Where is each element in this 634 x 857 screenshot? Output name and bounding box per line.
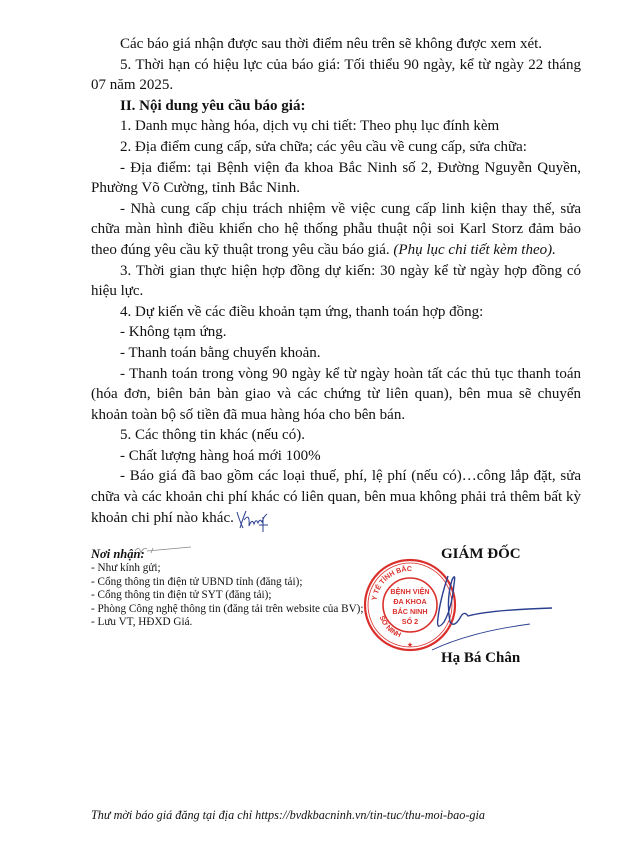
footer-note: Thư mời báo giá đăng tại địa chỉ https:/… [91,808,485,823]
item-4: 4. Dự kiến về các điều khoản tạm ứng, th… [91,302,581,323]
recipient-line: - Như kính gửi; [91,562,391,576]
item-5-a: - Chất lượng hàng hoá mới 100% [91,446,581,467]
item-4-a: - Không tạm ứng. [91,322,581,343]
director-signature-icon [430,570,560,660]
item-5-b: - Báo giá đã bao gồm các loại thuế, phí,… [91,466,581,528]
item-4-c: - Thanh toán trong vòng 90 ngày kể từ ng… [91,364,581,426]
recipient-line: - Cổng thông tin điện tử UBND tỉnh (đăng… [91,576,391,590]
svg-text:BỆNH VIỆN: BỆNH VIỆN [390,587,429,596]
item-2-supplier-note: (Phụ lục chi tiết kèm theo). [393,242,555,258]
recipients-block: Nơi nhận: - Như kính gửi; - Cổng thông t… [91,547,391,630]
svg-text:ĐA KHOA: ĐA KHOA [393,597,426,606]
item-2-location: - Địa điểm: tại Bệnh viện đa khoa Bắc Ni… [91,158,581,199]
initials-signature-icon [234,508,274,534]
initials-mark-icon [133,543,193,557]
item-5: 5. Các thông tin khác (nếu có). [91,425,581,446]
recipient-line: - Cổng thông tin điện tử SYT (đăng tải); [91,589,391,603]
svg-text:★: ★ [407,641,413,649]
item-1: 1. Danh mục hàng hóa, dịch vụ chi tiết: … [91,116,581,137]
svg-text:BẮC NINH: BẮC NINH [392,607,427,616]
item-4-b: - Thanh toán bằng chuyển khoản. [91,343,581,364]
late-quotes-note: Các báo giá nhận được sau thời điểm nêu … [91,34,581,55]
recipient-line: - Lưu VT, HĐXD Giá. [91,616,391,630]
item-2: 2. Địa điểm cung cấp, sửa chữa; các yêu … [91,137,581,158]
section-2-heading: II. Nội dung yêu cầu báo giá: [91,96,581,117]
document-body: Các báo giá nhận được sau thời điểm nêu … [91,34,581,528]
recipient-line: - Phòng Công nghệ thông tin (đăng tải tr… [91,603,391,617]
validity-item: 5. Thời hạn có hiệu lực của báo giá: Tối… [91,55,581,96]
signer-name: Hạ Bá Chân [441,650,520,667]
item-2-supplier: - Nhà cung cấp chịu trách nhiệm về việc … [91,199,581,261]
svg-text:SỐ 2: SỐ 2 [402,616,418,626]
item-3: 3. Thời gian thực hiện hợp đồng dự kiến:… [91,261,581,302]
